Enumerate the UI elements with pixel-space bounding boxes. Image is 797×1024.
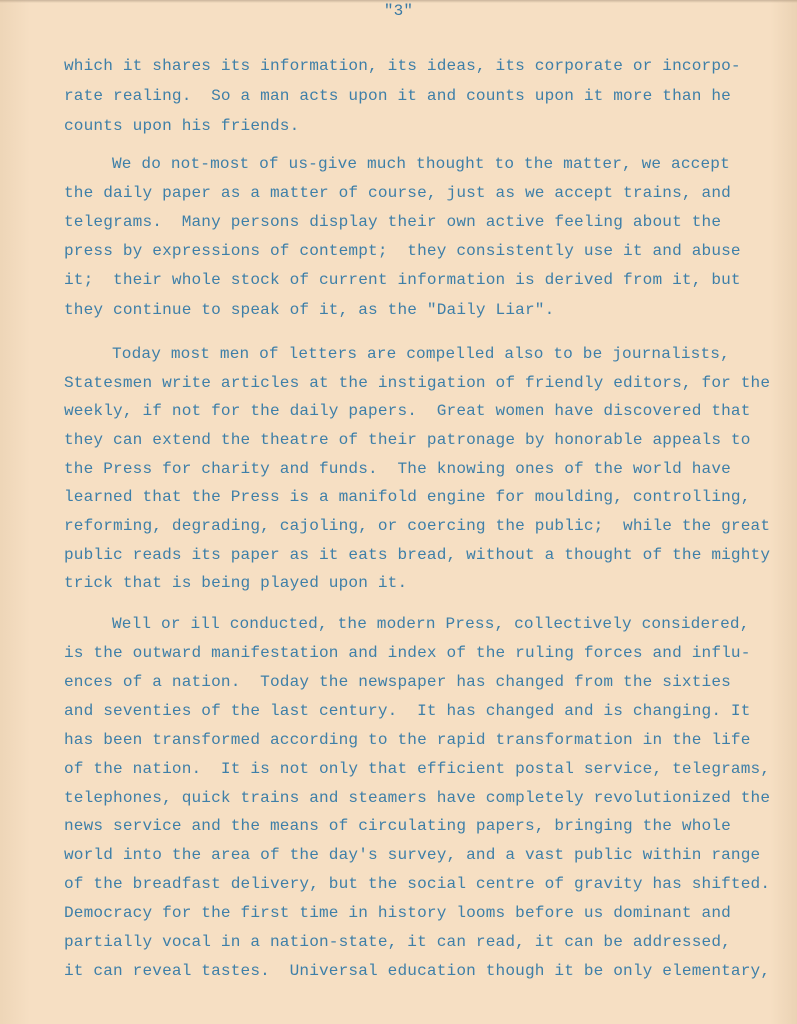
paragraph-4-line-8: news service and the means of circulatin… [64, 816, 731, 836]
paragraph-2-line-4: press by expressions of contempt; they c… [64, 241, 741, 261]
paragraph-1-line-3: counts upon his friends. [64, 116, 299, 136]
paragraph-4-line-1: Well or ill conducted, the modern Press,… [112, 614, 750, 634]
paragraph-3-line-6: learned that the Press is a manifold eng… [64, 487, 751, 507]
paragraph-4-line-2: is the outward manifestation and index o… [64, 643, 751, 663]
paragraph-3-line-3: weekly, if not for the daily papers. Gre… [64, 401, 751, 421]
paragraph-4-line-6: of the nation. It is not only that effic… [64, 759, 770, 779]
paragraph-3-line-1: Today most men of letters are compelled … [112, 344, 730, 364]
paragraph-3-line-5: the Press for charity and funds. The kno… [64, 459, 731, 479]
paragraph-3-line-9: trick that is being played upon it. [64, 573, 407, 593]
paragraph-2-line-6: they continue to speak of it, as the "Da… [64, 300, 554, 320]
paragraph-2-line-1: We do not-most of us-give much thought t… [112, 154, 730, 174]
paragraph-3-line-7: reforming, degrading, cajoling, or coerc… [64, 516, 770, 536]
paragraph-4-line-11: Democracy for the first time in history … [64, 903, 731, 923]
paragraph-2-line-5: it; their whole stock of current informa… [64, 270, 741, 290]
page-number: "3" [0, 2, 797, 20]
paragraph-4-line-4: and seventies of the last century. It ha… [64, 701, 751, 721]
paragraph-1-line-2: rate realing. So a man acts upon it and … [64, 86, 731, 106]
paragraph-3-line-2: Statesmen write articles at the instigat… [64, 373, 770, 393]
paragraph-4-line-3: ences of a nation. Today the newspaper h… [64, 672, 731, 692]
paragraph-3-line-8: public reads its paper as it eats bread,… [64, 545, 770, 565]
paragraph-2-line-2: the daily paper as a matter of course, j… [64, 183, 731, 203]
paragraph-4-line-12: partially vocal in a nation-state, it ca… [64, 932, 731, 952]
paragraph-4-line-9: world into the area of the day's survey,… [64, 845, 760, 865]
paragraph-4-line-10: of the breadfast delivery, but the socia… [64, 874, 770, 894]
paragraph-4-line-13: it can reveal tastes. Universal educatio… [64, 961, 770, 981]
paragraph-3-line-4: they can extend the theatre of their pat… [64, 430, 751, 450]
paragraph-4-line-5: has been transformed according to the ra… [64, 730, 751, 750]
paragraph-4-line-7: telephones, quick trains and steamers ha… [64, 788, 770, 808]
paragraph-1-line-1: which it shares its information, its ide… [64, 56, 741, 76]
typewritten-page: "3" which it shares its information, its… [0, 0, 797, 1024]
paragraph-2-line-3: telegrams. Many persons display their ow… [64, 212, 721, 232]
